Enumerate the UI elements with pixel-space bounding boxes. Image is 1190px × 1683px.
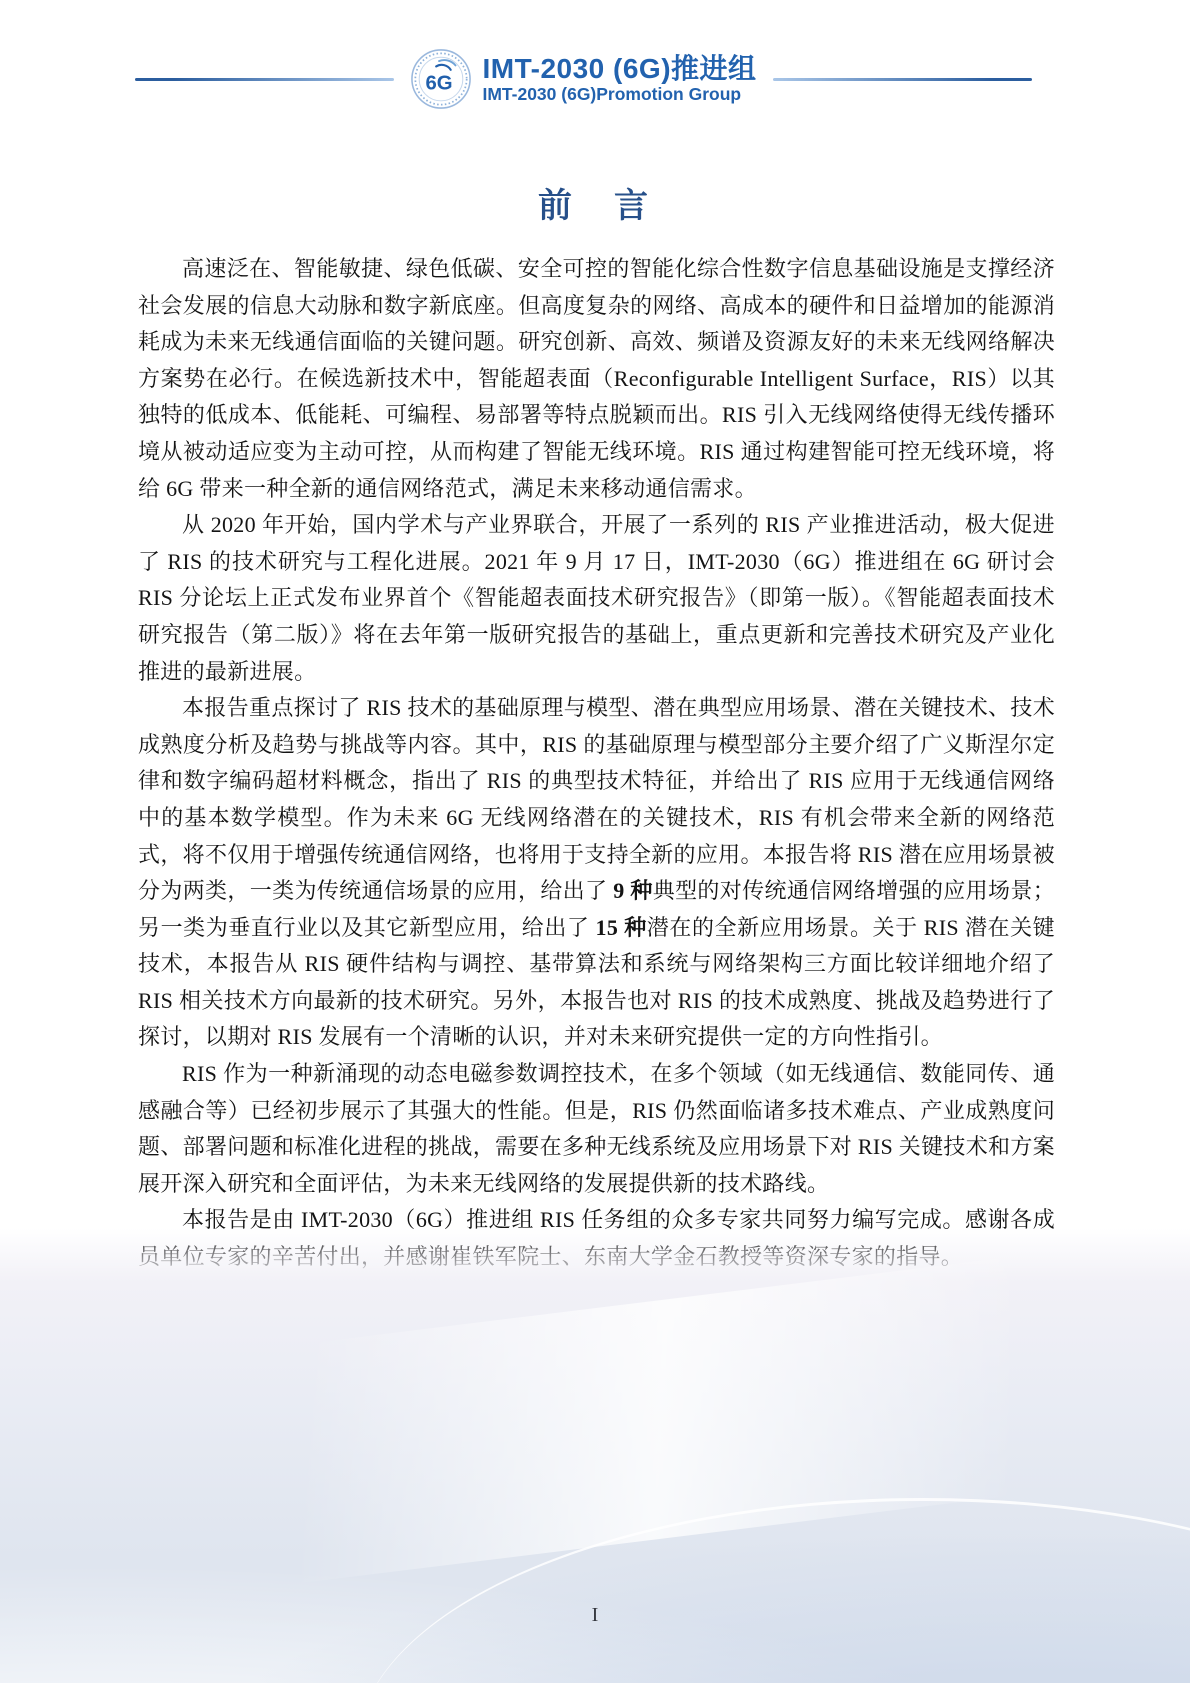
paragraph: 从 2020 年开始，国内学术与产业界联合，开展了一系列的 RIS 产业推进活动… — [138, 507, 1055, 690]
paragraph-text: 本报告是由 IMT-2030（6G）推进组 RIS 任务组的众多专家共同努力编写… — [138, 1207, 1055, 1269]
paragraph-text: RIS 作为一种新涌现的动态电磁参数调控技术，在多个领域（如无线通信、数能同传、… — [138, 1061, 1055, 1196]
paragraph: 本报告重点探讨了 RIS 技术的基础原理与模型、潜在典型应用场景、潜在关键技术、… — [138, 690, 1055, 1056]
logo-block: 6G IMT-2030 (6G)推进组 IMT-2030 (6G)Promoti… — [410, 48, 756, 110]
paragraph: 高速泛在、智能敏捷、绿色低碳、安全可控的智能化综合性数字信息基础设施是支撑经济社… — [138, 251, 1055, 507]
paragraph-highlight: 15 种 — [596, 915, 647, 940]
paragraph-text: 从 2020 年开始，国内学术与产业界联合，开展了一系列的 RIS 产业推进活动… — [138, 512, 1055, 683]
paragraph-highlight: 9 种 — [613, 878, 653, 903]
header-titles: IMT-2030 (6G)推进组 IMT-2030 (6G)Promotion … — [482, 54, 756, 103]
page-number: I — [0, 1604, 1190, 1627]
header-title-en: IMT-2030 (6G)Promotion Group — [482, 85, 756, 104]
preface-page: 6G IMT-2030 (6G)推进组 IMT-2030 (6G)Promoti… — [0, 0, 1190, 1683]
6g-promotion-group-logo-icon: 6G — [410, 48, 472, 110]
header-divider-left — [135, 78, 394, 81]
header-title-zh: IMT-2030 (6G)推进组 — [482, 54, 756, 84]
paragraph: 本报告是由 IMT-2030（6G）推进组 RIS 任务组的众多专家共同努力编写… — [138, 1202, 1055, 1275]
logo-6g-label: 6G — [426, 73, 453, 95]
paragraph-text: 高速泛在、智能敏捷、绿色低碳、安全可控的智能化综合性数字信息基础设施是支撑经济社… — [138, 256, 1055, 501]
preface-title: 前 言 — [0, 178, 1190, 227]
preface-paragraphs: 高速泛在、智能敏捷、绿色低碳、安全可控的智能化综合性数字信息基础设施是支撑经济社… — [0, 251, 1190, 1276]
paragraph-text: 本报告重点探讨了 RIS 技术的基础原理与模型、潜在典型应用场景、潜在关键技术、… — [138, 695, 1055, 903]
header-divider-right — [773, 78, 1032, 81]
paragraph: RIS 作为一种新涌现的动态电磁参数调控技术，在多个领域（如无线通信、数能同传、… — [138, 1056, 1055, 1202]
header: 6G IMT-2030 (6G)推进组 IMT-2030 (6G)Promoti… — [0, 44, 1190, 114]
